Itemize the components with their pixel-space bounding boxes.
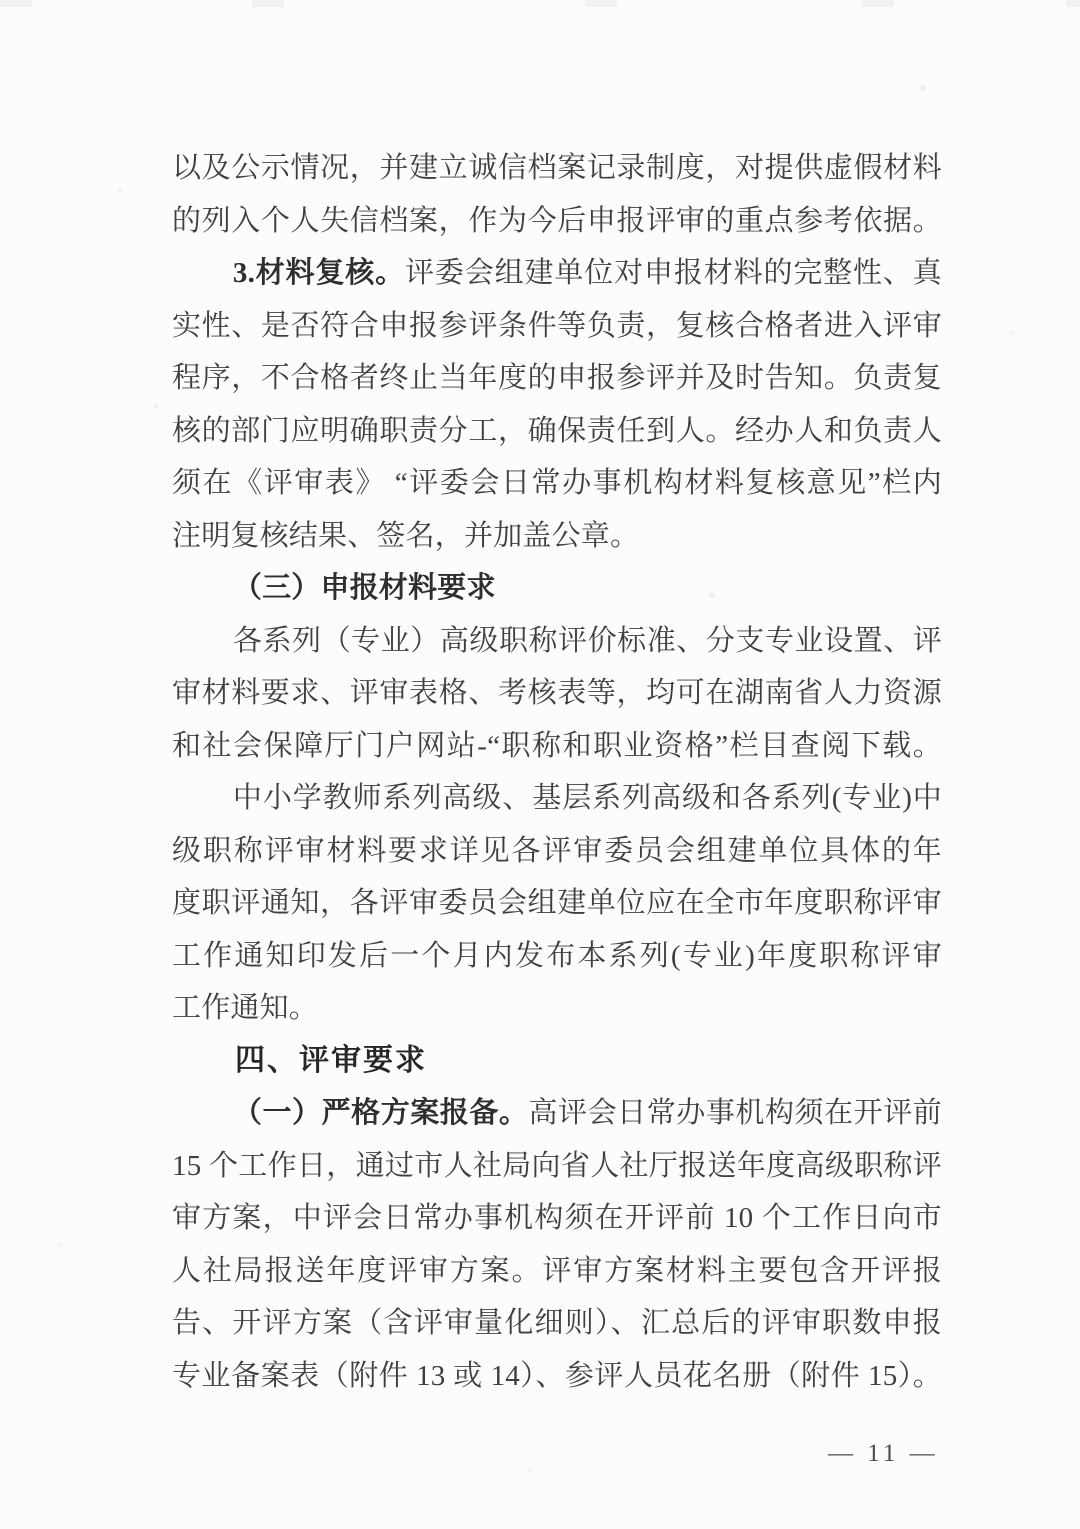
text-line: 的列入个人失信档案，作为今后申报评审的重点参考依据。 <box>172 195 942 248</box>
text-line: （一）严格方案报备。高评会日常办事机构须在开评前 <box>172 1087 942 1140</box>
text-line: 以及公示情况，并建立诚信档案记录制度，对提供虚假材料 <box>172 142 942 195</box>
scan-artifact <box>862 0 894 7</box>
text-line: 15 个工作日，通过市人社局向省人社厅报送年度高级职称评 <box>172 1140 942 1193</box>
chapter-heading: 四、评审要求 <box>172 1035 942 1088</box>
document-page: 以及公示情况，并建立诚信档案记录制度，对提供虚假材料 的列入个人失信档案，作为今… <box>0 0 1080 1529</box>
text-line: 须在《评审表》 “评委会日常办事机构材料复核意见”栏内 <box>172 457 942 510</box>
scan-artifact <box>0 0 32 7</box>
text-line: 级职称评审材料要求详见各评审委员会组建单位具体的年 <box>172 825 942 878</box>
paragraph-lead: 3.材料复核。 <box>233 257 405 289</box>
text-line: 核的部门应明确职责分工，确保责任到人。经办人和负责人 <box>172 405 942 458</box>
text-line: 人社局报送年度评审方案。评审方案材料主要包含开评报 <box>172 1245 942 1298</box>
text-line: 工作通知。 <box>172 982 942 1035</box>
text-line: 各系列（专业）高级职称评价标准、分支专业设置、评 <box>172 615 942 668</box>
document-body: 以及公示情况，并建立诚信档案记录制度，对提供虚假材料 的列入个人失信档案，作为今… <box>172 142 942 1402</box>
text-line: 程序，不合格者终止当年度的申报参评并及时告知。负责复 <box>172 352 942 405</box>
paragraph-lead: （一）严格方案报备。 <box>233 1097 529 1129</box>
section-heading: （三）申报材料要求 <box>172 562 942 615</box>
text-line: 中小学教师系列高级、基层系列高级和各系列(专业)中 <box>172 772 942 825</box>
scan-artifact <box>1066 0 1080 7</box>
text-line: 审方案，中评会日常办事机构须在开评前 10 个工作日向市 <box>172 1192 942 1245</box>
text-line: 工作通知印发后一个月内发布本系列(专业)年度职称评审 <box>172 930 942 983</box>
text-line: 和社会保障厅门户网站-“职称和职业资格”栏目查阅下载。 <box>172 720 942 773</box>
text-line: 专业备案表（附件 13 或 14）、参评人员花名册（附件 15）。 <box>172 1350 942 1403</box>
text-line: 实性、是否符合申报参评条件等负责，复核合格者进入评审 <box>172 300 942 353</box>
text-line: 3.材料复核。评委会组建单位对申报材料的完整性、真 <box>172 247 942 300</box>
scan-artifact <box>585 0 617 7</box>
text-line: 注明复核结果、签名，并加盖公章。 <box>172 510 942 563</box>
text-line: 告、开评方案（含评审量化细则）、汇总后的评审职数申报 <box>172 1297 942 1350</box>
scan-artifact <box>252 0 284 7</box>
text-line: 度职评通知，各评审委员会组建单位应在全市年度职称评审 <box>172 877 942 930</box>
page-number: — 11 — <box>828 1440 939 1468</box>
text-line: 审材料要求、评审表格、考核表等，均可在湖南省人力资源 <box>172 667 942 720</box>
